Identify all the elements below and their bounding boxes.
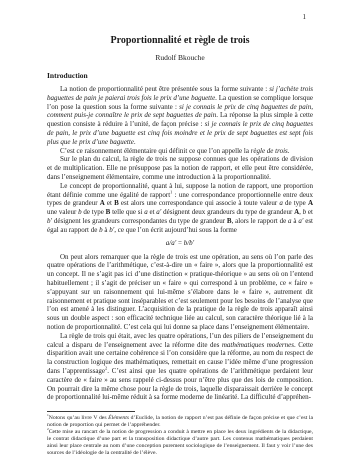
paragraph-reforme: La règle de trois qui était, avec les qu… xyxy=(47,332,313,402)
footnote-2: 2Cette mise au rancart de la notion de p… xyxy=(47,429,313,457)
formula-proportion: a/a′ = b/b′ xyxy=(47,239,313,248)
paper-title: Proportionnalité et règle de trois xyxy=(47,35,313,46)
paper-author: Rudolf Bkouche xyxy=(47,53,313,62)
section-heading-introduction: Introduction xyxy=(47,71,313,80)
footnote-1: 1Notons qu’au livre V des Éléments d’Euc… xyxy=(47,415,313,429)
document-page: 1 Proportionnalité et règle de trois Rud… xyxy=(0,0,360,466)
footnote-rule xyxy=(47,411,135,412)
paragraph-baguettes: La notion de proportionnalité peut être … xyxy=(47,85,313,147)
paragraph-concept-proportionnalite: Le concept de proportionnalité, quant à … xyxy=(47,182,313,235)
paragraph-regle-de-trois: C’est ce raisonnement élémentaire qui dé… xyxy=(47,147,313,156)
text-block: Proportionnalité et règle de trois Rudol… xyxy=(47,0,313,457)
paragraph-plan-du-calcul: Sur le plan du calcul, la règle de trois… xyxy=(47,155,313,181)
paragraph-quatre-operations: On peut alors remarquer que la règle de … xyxy=(47,253,313,332)
